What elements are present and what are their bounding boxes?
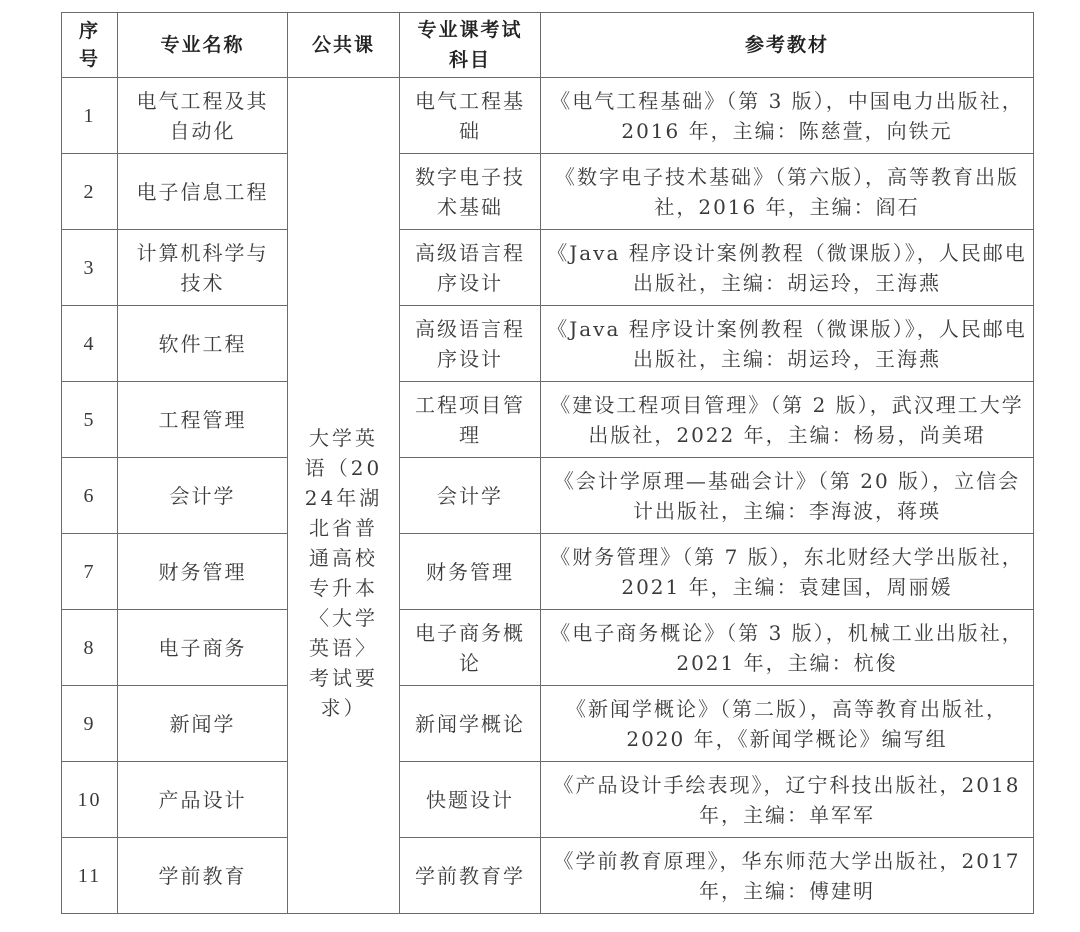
row-subject: 高级语言程序设计: [400, 306, 541, 382]
row-major-label: 工程管理: [159, 405, 247, 435]
row-subject: 快题设计: [400, 762, 541, 838]
row-major-label: 学前教育: [159, 861, 247, 891]
row-major: 计算机科学与技术: [118, 230, 288, 306]
row-major: 工程管理: [118, 382, 288, 458]
row-major: 电气工程及其自动化: [118, 78, 288, 154]
table-row: 2 电子信息工程 数字电子技术基础 《数字电子技术基础》（第六版），高等教育出版…: [62, 154, 1034, 230]
table-row: 5 工程管理 工程项目管理 《建设工程项目管理》（第 2 版），武汉理工大学出版…: [62, 382, 1034, 458]
row-textbook: 《产品设计手绘表现》，辽宁科技出版社，2018 年，主编：单军军: [541, 762, 1034, 838]
row-index: 4: [62, 306, 118, 382]
row-major-label: 会计学: [170, 481, 236, 511]
header-public-course: 公共课: [288, 13, 400, 78]
row-textbook: 《会计学原理—基础会计》（第 20 版），立信会计出版社，主编：李海波，蒋瑛: [541, 458, 1034, 534]
table-row: 1 电气工程及其自动化 大学英语（2024年湖北省普通高校专升本〈大学英语〉考试…: [62, 78, 1034, 154]
header-subject: 专业课考试科目: [400, 13, 541, 78]
row-index: 5: [62, 382, 118, 458]
row-index: 1: [62, 78, 118, 154]
row-index: 11: [62, 838, 118, 914]
table-body: 1 电气工程及其自动化 大学英语（2024年湖北省普通高校专升本〈大学英语〉考试…: [62, 78, 1034, 914]
row-subject: 会计学: [400, 458, 541, 534]
row-subject: 高级语言程序设计: [400, 230, 541, 306]
row-major: 财务管理: [118, 534, 288, 610]
row-textbook: 《学前教育原理》，华东师范大学出版社，2017 年，主编：傅建明: [541, 838, 1034, 914]
row-subject: 学前教育学: [400, 838, 541, 914]
row-major-label: 软件工程: [159, 329, 247, 359]
row-textbook: 《电子商务概论》（第 3 版），机械工业出版社，2021 年，主编：杭俊: [541, 610, 1034, 686]
row-textbook: 《Java 程序设计案例教程（微课版）》，人民邮电出版社，主编：胡运玲，王海燕: [541, 230, 1034, 306]
header-subject-label: 专业课考试科目: [409, 15, 531, 75]
row-subject-label: 数字电子技术基础: [409, 162, 531, 222]
row-subject-label: 财务管理: [426, 557, 514, 587]
row-major: 电子商务: [118, 610, 288, 686]
row-textbook: 《数字电子技术基础》（第六版），高等教育出版社，2016 年，主编：阎石: [541, 154, 1034, 230]
row-textbook: 《建设工程项目管理》（第 2 版），武汉理工大学出版社，2022 年，主编：杨易…: [541, 382, 1034, 458]
header-index: 序号: [62, 13, 118, 78]
row-subject-label: 高级语言程序设计: [409, 238, 531, 298]
row-major-label: 计算机科学与技术: [130, 238, 275, 298]
row-major-label: 新闻学: [170, 709, 236, 739]
row-subject-label: 学前教育学: [415, 861, 525, 891]
table-row: 8 电子商务 电子商务概论 《电子商务概论》（第 3 版），机械工业出版社，20…: [62, 610, 1034, 686]
row-major-label: 电子商务: [159, 633, 247, 663]
row-subject-label: 电子商务概论: [409, 618, 531, 678]
row-index: 7: [62, 534, 118, 610]
table-row: 7 财务管理 财务管理 《财务管理》（第 7 版），东北财经大学出版社，2021…: [62, 534, 1034, 610]
row-subject: 新闻学概论: [400, 686, 541, 762]
row-index: 2: [62, 154, 118, 230]
row-major-label: 财务管理: [159, 557, 247, 587]
table-row: 9 新闻学 新闻学概论 《新闻学概论》（第二版），高等教育出版社，2020 年，…: [62, 686, 1034, 762]
table-row: 6 会计学 会计学 《会计学原理—基础会计》（第 20 版），立信会计出版社，主…: [62, 458, 1034, 534]
exam-subjects-table: 序号 专业名称 公共课 专业课考试科目 参考教材 1 电气工程及其自动化 大学英…: [61, 12, 1034, 914]
row-subject-label: 高级语言程序设计: [409, 314, 531, 374]
header-major: 专业名称: [118, 13, 288, 78]
header-textbook: 参考教材: [541, 13, 1034, 78]
row-index: 6: [62, 458, 118, 534]
row-subject-label: 电气工程基础: [409, 86, 531, 146]
header-index-label: 序号: [79, 17, 101, 73]
row-index: 9: [62, 686, 118, 762]
row-major: 会计学: [118, 458, 288, 534]
row-subject: 工程项目管理: [400, 382, 541, 458]
row-subject: 财务管理: [400, 534, 541, 610]
table-header: 序号 专业名称 公共课 专业课考试科目 参考教材: [62, 13, 1034, 78]
table-row: 10 产品设计 快题设计 《产品设计手绘表现》，辽宁科技出版社，2018 年，主…: [62, 762, 1034, 838]
row-major: 产品设计: [118, 762, 288, 838]
row-index: 3: [62, 230, 118, 306]
public-course-label: 大学英语（2024年湖北省普通高校专升本〈大学英语〉考试要求）: [299, 269, 389, 723]
table-row: 11 学前教育 学前教育学 《学前教育原理》，华东师范大学出版社，2017 年，…: [62, 838, 1034, 914]
row-major: 新闻学: [118, 686, 288, 762]
row-subject-label: 会计学: [437, 481, 503, 511]
row-major-label: 电气工程及其自动化: [130, 86, 275, 146]
header-row: 序号 专业名称 公共课 专业课考试科目 参考教材: [62, 13, 1034, 78]
row-textbook: 《Java 程序设计案例教程（微课版）》，人民邮电出版社，主编：胡运玲，王海燕: [541, 306, 1034, 382]
row-major-label: 产品设计: [159, 785, 247, 815]
row-textbook: 《新闻学概论》（第二版），高等教育出版社，2020 年，《新闻学概论》编写组: [541, 686, 1034, 762]
row-major-label: 电子信息工程: [137, 177, 269, 207]
public-course-cell: 大学英语（2024年湖北省普通高校专升本〈大学英语〉考试要求）: [288, 78, 400, 914]
table-row: 3 计算机科学与技术 高级语言程序设计 《Java 程序设计案例教程（微课版）》…: [62, 230, 1034, 306]
row-major: 电子信息工程: [118, 154, 288, 230]
row-subject: 电子商务概论: [400, 610, 541, 686]
row-major: 学前教育: [118, 838, 288, 914]
row-subject-label: 工程项目管理: [409, 390, 531, 450]
row-major: 软件工程: [118, 306, 288, 382]
row-textbook: 《财务管理》（第 7 版），东北财经大学出版社，2021 年，主编：袁建国，周丽…: [541, 534, 1034, 610]
row-textbook: 《电气工程基础》（第 3 版），中国电力出版社，2016 年，主编：陈慈萱，向铁…: [541, 78, 1034, 154]
row-subject-label: 新闻学概论: [415, 709, 525, 739]
row-subject-label: 快题设计: [426, 785, 514, 815]
table-row: 4 软件工程 高级语言程序设计 《Java 程序设计案例教程（微课版）》，人民邮…: [62, 306, 1034, 382]
row-subject: 电气工程基础: [400, 78, 541, 154]
row-index: 10: [62, 762, 118, 838]
row-index: 8: [62, 610, 118, 686]
row-subject: 数字电子技术基础: [400, 154, 541, 230]
